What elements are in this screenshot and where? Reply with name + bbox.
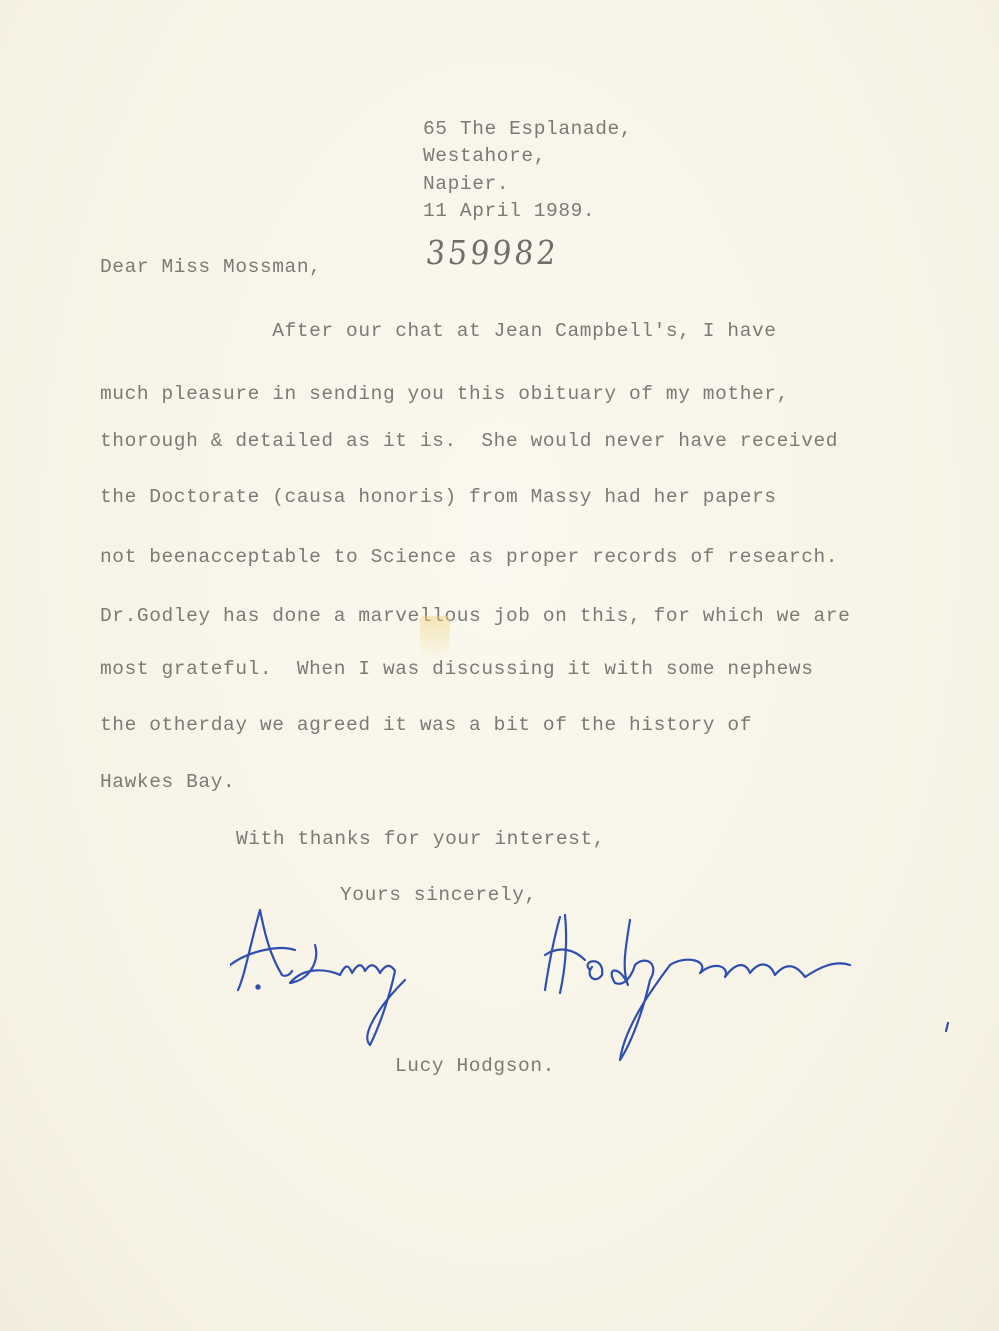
body-line: Hawkes Bay. [100, 773, 235, 793]
body-line: After our chat at Jean Campbell's, I hav… [100, 322, 777, 342]
body-line: the Doctorate (causa honoris) from Massy… [100, 488, 777, 508]
body-line: much pleasure in sending you this obitua… [100, 385, 789, 405]
address-line-1: 65 The Esplanade, [423, 120, 632, 140]
archive-number: 359982 [424, 234, 561, 273]
handwritten-signature [230, 905, 970, 1065]
address-line-3: Napier. [423, 175, 509, 195]
letter-page: 65 The Esplanade, Westahore, Napier. 11 … [0, 0, 999, 1331]
body-line: the otherday we agreed it was a bit of t… [100, 716, 752, 736]
body-line: not beenacceptable to Science as proper … [100, 548, 838, 568]
address-line-2: Westahore, [423, 147, 546, 167]
closing-line: With thanks for your interest, [236, 830, 605, 850]
typed-name: Lucy Hodgson. [395, 1057, 555, 1077]
letter-date: 11 April 1989. [423, 202, 595, 222]
paper-stain [420, 616, 450, 656]
body-line: Dr.Godley has done a marvellous job on t… [100, 607, 850, 627]
valediction: Yours sincerely, [340, 886, 537, 906]
body-line: most grateful. When I was discussing it … [100, 660, 814, 680]
body-line: thorough & detailed as it is. She would … [100, 432, 838, 452]
salutation: Dear Miss Mossman, [100, 258, 321, 278]
